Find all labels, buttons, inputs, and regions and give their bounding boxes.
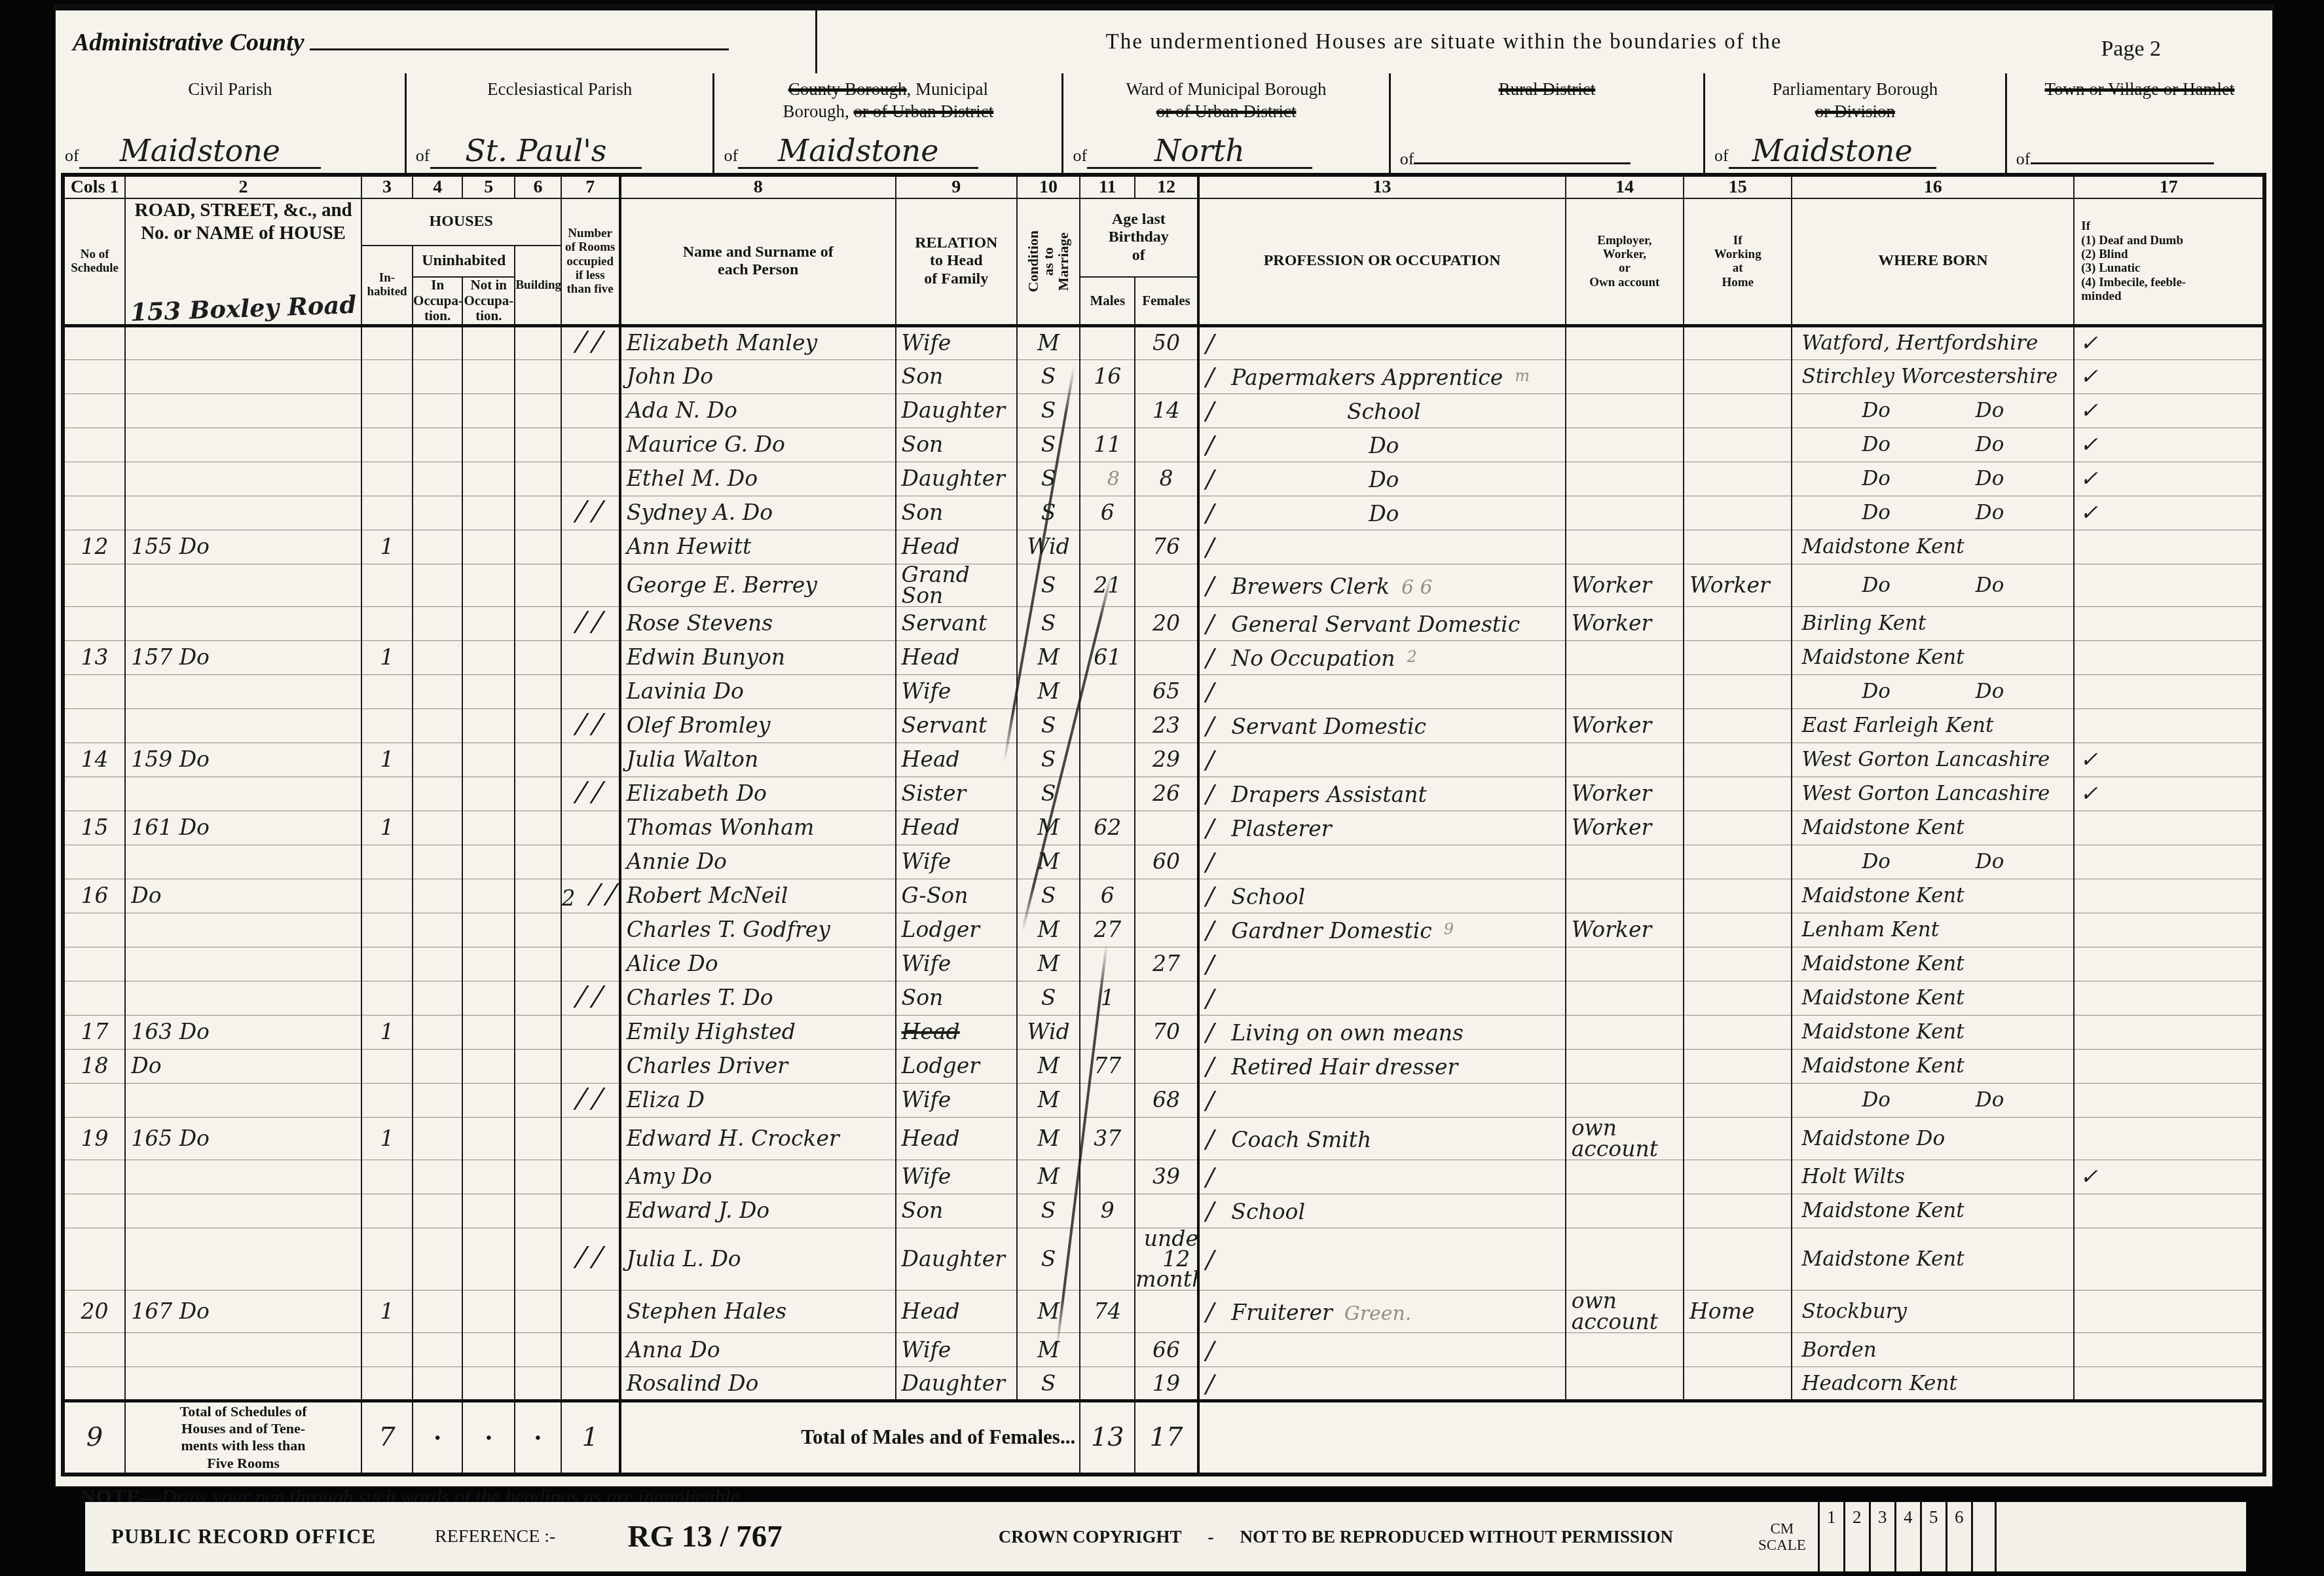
- column-number: 7: [561, 175, 620, 198]
- cell-relation: Head: [896, 1291, 1017, 1333]
- cell-working-at-home: [1684, 913, 1792, 947]
- tick-mark: /: [1206, 745, 1215, 774]
- cell-rooms: [561, 913, 620, 947]
- totals-inhabited: 7: [361, 1401, 413, 1475]
- cell-schedule: 14: [63, 742, 125, 777]
- cell-house: [125, 325, 361, 359]
- cell-not-in-occupation: [462, 1333, 515, 1367]
- cell-where-born: Maidstone Kent: [1792, 1015, 2074, 1049]
- district-box-title: Civil Parish: [56, 79, 405, 101]
- pencil-annotation: 6 6: [1401, 576, 1433, 599]
- cell-where-born: Do Do: [1792, 462, 2074, 496]
- pencil-annotation: Green.: [1344, 1302, 1412, 1325]
- cell-working-at-home: [1684, 325, 1792, 359]
- district-box-value: ofSt. Paul's: [416, 137, 704, 169]
- scale-tick: 5: [1920, 1502, 1946, 1571]
- district-box: Parliamentary Boroughor DivisionofMaidst…: [1703, 73, 2005, 173]
- cell-house: [125, 1083, 361, 1117]
- cell-in-occupation: [413, 1049, 462, 1083]
- cell-condition: S: [1017, 981, 1080, 1015]
- cell-relation: Wife: [896, 1083, 1017, 1117]
- col-head-not-in-occupation: Not in Occupa- tion.: [462, 277, 515, 325]
- cell-age-female: [1135, 1194, 1198, 1228]
- cell-where-born: Lenham Kent: [1792, 913, 2074, 947]
- cell-age-male: 21: [1080, 564, 1135, 606]
- cell-not-in-occupation: [462, 674, 515, 708]
- cell-where-born: Headcorn Kent: [1792, 1367, 2074, 1401]
- cell-in-occupation: [413, 845, 462, 879]
- cell-building: [515, 708, 561, 742]
- cell-working-at-home: [1684, 1160, 1792, 1194]
- col-head-infirmity: If (1) Deaf and Dumb (2) Blind (3) Lunat…: [2074, 198, 2264, 325]
- cell-person-name: Ann Hewitt: [620, 530, 896, 564]
- cell-age-female: [1135, 981, 1198, 1015]
- cell-condition: M: [1017, 947, 1080, 981]
- check-mark: ✓: [2080, 746, 2098, 772]
- cell-age-male: [1080, 325, 1135, 359]
- cell-employer: Worker: [1566, 708, 1684, 742]
- cell-schedule: [63, 394, 125, 428]
- cell-in-occupation: [413, 708, 462, 742]
- cell-schedule: [63, 496, 125, 530]
- cell-age-male: 37: [1080, 1117, 1135, 1160]
- cell-rooms: [561, 1117, 620, 1160]
- cell-relation: Head: [896, 1117, 1017, 1160]
- cell-working-at-home: [1684, 530, 1792, 564]
- cell-schedule: [63, 428, 125, 462]
- cell-in-occupation: [413, 1228, 462, 1291]
- cell-schedule: 16: [63, 879, 125, 913]
- cell-age-female: 19: [1135, 1367, 1198, 1401]
- title-segment: or Division: [1815, 101, 1895, 121]
- cell-person-name: Ada N. Do: [620, 394, 896, 428]
- cell-working-at-home: [1684, 674, 1792, 708]
- person-row: Elizabeth ManleyWifeM50/Watford, Hertfor…: [63, 325, 2264, 359]
- cell-person-name: Thomas Wonham: [620, 811, 896, 845]
- cell-infirmity: [2074, 1117, 2264, 1160]
- col-head-females: Females: [1135, 277, 1198, 325]
- cell-condition: S: [1017, 564, 1080, 606]
- col-head-males: Males: [1080, 277, 1135, 325]
- cell-infirmity: [2074, 913, 2264, 947]
- pro-office-label: PUBLIC RECORD OFFICE: [111, 1525, 376, 1549]
- tick-mark: /: [1206, 1017, 1215, 1046]
- cell-person-name: Stephen Hales: [620, 1291, 896, 1333]
- cell-employer: [1566, 1367, 1684, 1401]
- road-label: ROAD, STREET, &c., and No. or NAME of HO…: [134, 199, 352, 245]
- cell-person-name: Charles T. Godfrey: [620, 913, 896, 947]
- cell-rooms: [561, 1083, 620, 1117]
- cell-rooms: [561, 1015, 620, 1049]
- column-number: 8: [620, 175, 896, 198]
- cell-where-born: Do Do: [1792, 674, 2074, 708]
- cell-condition: M: [1017, 1083, 1080, 1117]
- handwritten-value: Maidstone: [778, 133, 938, 168]
- check-mark: ✓: [2080, 466, 2098, 491]
- cell-building: [515, 913, 561, 947]
- cell-working-at-home: [1684, 359, 1792, 394]
- cell-schedule: [63, 359, 125, 394]
- cell-in-occupation: [413, 325, 462, 359]
- cell-person-name: Emily Highsted: [620, 1015, 896, 1049]
- cell-schedule: [63, 606, 125, 640]
- cell-where-born: West Gorton Lancashire: [1792, 742, 2074, 777]
- person-row: Edward J. DoSonS9/SchoolMaidstone Kent: [63, 1194, 2264, 1228]
- cell-condition: M: [1017, 811, 1080, 845]
- col-head-home: If Working at Home: [1684, 198, 1792, 325]
- cell-relation: Wife: [896, 674, 1017, 708]
- census-table: Cols 1234567891011121314151617 No of Sch…: [61, 173, 2266, 1476]
- scale-tick: 2: [1843, 1502, 1869, 1571]
- title-segment: Ward of Municipal Borough: [1126, 79, 1327, 99]
- cell-schedule: 19: [63, 1117, 125, 1160]
- cell-inhabited: [361, 359, 413, 394]
- column-number: 16: [1792, 175, 2074, 198]
- cell-relation: Son: [896, 981, 1017, 1015]
- cell-working-at-home: [1684, 394, 1792, 428]
- cell-condition: S: [1017, 1194, 1080, 1228]
- cell-schedule: [63, 1083, 125, 1117]
- person-row: Annie DoWifeM60/Do Do: [63, 845, 2264, 879]
- cell-age-male: [1080, 708, 1135, 742]
- cell-not-in-occupation: [462, 564, 515, 606]
- cell-where-born: Do Do: [1792, 845, 2074, 879]
- cell-rooms: [561, 981, 620, 1015]
- cell-condition: M: [1017, 845, 1080, 879]
- column-number: 9: [896, 175, 1017, 198]
- cell-where-born: West Gorton Lancashire: [1792, 777, 2074, 811]
- cell-occupation: /School: [1198, 394, 1566, 428]
- district-box-title: County Borough, MunicipalBorough, or of …: [714, 79, 1061, 123]
- cell-schedule: [63, 777, 125, 811]
- cell-age-male: [1080, 394, 1135, 428]
- cell-working-at-home: [1684, 462, 1792, 496]
- cell-not-in-occupation: [462, 708, 515, 742]
- handwritten-value: Maidstone: [1752, 133, 1912, 168]
- pro-reference-number: RG 13 / 767: [627, 1519, 782, 1554]
- cell-house: [125, 1194, 361, 1228]
- cell-not-in-occupation: [462, 981, 515, 1015]
- cell-occupation: /: [1198, 1333, 1566, 1367]
- tick-mark: /: [1206, 1196, 1215, 1225]
- cell-in-occupation: [413, 674, 462, 708]
- tally-mark: [587, 883, 619, 906]
- page-number: Page 2: [2101, 37, 2161, 62]
- title-line: Parliamentary Borough: [1705, 79, 2005, 101]
- cell-employer: [1566, 1333, 1684, 1367]
- cell-age-male: 74: [1080, 1291, 1135, 1333]
- person-row: 13157 Do1Edwin BunyonHeadM61/No Occupati…: [63, 640, 2264, 674]
- tick-mark: /: [1206, 609, 1215, 638]
- scanned-census-page: Administrative County The undermentioned…: [0, 0, 2324, 1576]
- district-box-value: ofMaidstone: [65, 137, 396, 169]
- column-number: 5: [462, 175, 515, 198]
- cell-in-occupation: [413, 394, 462, 428]
- check-mark: ✓: [2080, 397, 2098, 423]
- cell-building: [515, 1049, 561, 1083]
- cell-age-female: [1135, 1049, 1198, 1083]
- tally-mark: [573, 611, 605, 633]
- cell-employer: [1566, 1049, 1684, 1083]
- cell-condition: S: [1017, 742, 1080, 777]
- cell-inhabited: [361, 394, 413, 428]
- cell-person-name: Ethel M. Do: [620, 462, 896, 496]
- cell-age-male: [1080, 1083, 1135, 1117]
- totals-rooms: 1: [561, 1401, 620, 1475]
- cell-working-at-home: Home: [1684, 1291, 1792, 1333]
- cell-person-name: Edwin Bunyon: [620, 640, 896, 674]
- cell-house: [125, 981, 361, 1015]
- cell-occupation: /Gardner Domestic9: [1198, 913, 1566, 947]
- cell-working-at-home: [1684, 1015, 1792, 1049]
- cell-house: [125, 1228, 361, 1291]
- cell-rooms: [561, 708, 620, 742]
- cell-infirmity: [2074, 811, 2264, 845]
- cell-age-female: 60: [1135, 845, 1198, 879]
- district-box-value: ofNorth: [1073, 137, 1379, 169]
- check-mark: ✓: [2080, 363, 2098, 389]
- cell-age-female: 23: [1135, 708, 1198, 742]
- cell-relation: Daughter: [896, 1367, 1017, 1401]
- cell-not-in-occupation: [462, 640, 515, 674]
- district-box-title: Parliamentary Boroughor Division: [1705, 79, 2005, 123]
- cell-age-female: [1135, 1291, 1198, 1333]
- cell-not-in-occupation: [462, 1194, 515, 1228]
- cell-infirmity: [2074, 947, 2264, 981]
- cell-working-at-home: [1684, 1228, 1792, 1291]
- cell-age-male: 16: [1080, 359, 1135, 394]
- check-mark: ✓: [2080, 330, 2098, 356]
- cell-person-name: Edward J. Do: [620, 1194, 896, 1228]
- cell-occupation: /Plasterer: [1198, 811, 1566, 845]
- cell-rooms: [561, 742, 620, 777]
- cell-occupation: /Papermakers Apprenticem: [1198, 359, 1566, 394]
- cell-where-born: East Farleigh Kent: [1792, 708, 2074, 742]
- check-mark: ✓: [2080, 500, 2098, 525]
- cell-not-in-occupation: [462, 359, 515, 394]
- cell-condition: S: [1017, 606, 1080, 640]
- cell-person-name: Rose Stevens: [620, 606, 896, 640]
- cell-employer: Worker: [1566, 913, 1684, 947]
- cell-in-occupation: [413, 1083, 462, 1117]
- cell-schedule: [63, 913, 125, 947]
- cell-in-occupation: [413, 811, 462, 845]
- cell-age-female: 65: [1135, 674, 1198, 708]
- col-head-born: WHERE BORN: [1792, 198, 2074, 325]
- cell-not-in-occupation: [462, 845, 515, 879]
- cell-infirmity: [2074, 879, 2264, 913]
- cell-age-male: 1: [1080, 981, 1135, 1015]
- cell-occupation: /: [1198, 742, 1566, 777]
- cell-age-female: 50: [1135, 325, 1198, 359]
- cell-condition: Wid: [1017, 530, 1080, 564]
- district-box-title: Ward of Municipal Boroughor of Urban Dis…: [1063, 79, 1388, 123]
- cell-not-in-occupation: [462, 1160, 515, 1194]
- cell-infirmity: ✓: [2074, 462, 2264, 496]
- cell-person-name: Olef Bromley: [620, 708, 896, 742]
- cell-building: [515, 359, 561, 394]
- cm-scale-label: CM SCALE: [1758, 1520, 1806, 1554]
- cell-schedule: [63, 1367, 125, 1401]
- of-word: of: [65, 146, 79, 165]
- cell-schedule: 15: [63, 811, 125, 845]
- cell-employer: [1566, 1083, 1684, 1117]
- cell-employer: Worker: [1566, 777, 1684, 811]
- cell-inhabited: [361, 879, 413, 913]
- cell-condition: S: [1017, 879, 1080, 913]
- cell-relation: Daughter: [896, 1228, 1017, 1291]
- cell-not-in-occupation: [462, 428, 515, 462]
- cell-not-in-occupation: [462, 606, 515, 640]
- cell-where-born: Stockbury: [1792, 1291, 2074, 1333]
- cell-rooms: 2: [561, 879, 620, 913]
- column-numbers-row: Cols 1234567891011121314151617: [63, 175, 2264, 198]
- col-head-building: Building.: [515, 246, 561, 325]
- cell-occupation: /: [1198, 1160, 1566, 1194]
- cell-relation: Wife: [896, 1333, 1017, 1367]
- cell-person-name: Eliza D: [620, 1083, 896, 1117]
- cell-in-occupation: [413, 564, 462, 606]
- person-row: George E. BerreyGrand SonS21/Brewers Cle…: [63, 564, 2264, 606]
- cell-not-in-occupation: [462, 811, 515, 845]
- title-line: Rural District: [1391, 79, 1703, 101]
- cell-infirmity: ✓: [2074, 1160, 2264, 1194]
- cell-rooms: [561, 1367, 620, 1401]
- cell-employer: [1566, 496, 1684, 530]
- district-box-title: Ecclesiastical Parish: [407, 79, 713, 101]
- cell-house: [125, 496, 361, 530]
- tick-mark: /: [1206, 983, 1215, 1012]
- cell-where-born: Maidstone Kent: [1792, 1228, 2074, 1291]
- cell-relation: Son: [896, 359, 1017, 394]
- tick-mark: /: [1206, 847, 1215, 876]
- cell-building: [515, 674, 561, 708]
- cell-age-male: [1080, 1228, 1135, 1291]
- district-box-title: Town or Village or Hamlet: [2007, 79, 2272, 101]
- cell-where-born: Do Do: [1792, 394, 2074, 428]
- cell-not-in-occupation: [462, 1083, 515, 1117]
- tick-mark: /: [1206, 643, 1215, 672]
- cell-employer: [1566, 742, 1684, 777]
- cell-inhabited: [361, 1194, 413, 1228]
- col-head-condition: Condition as to Marriage: [1017, 198, 1080, 325]
- cell-occupation: /: [1198, 1083, 1566, 1117]
- cell-working-at-home: [1684, 981, 1792, 1015]
- district-box-value: ofMaidstone: [724, 137, 1052, 169]
- cell-not-in-occupation: [462, 1367, 515, 1401]
- cell-infirmity: [2074, 640, 2264, 674]
- situate-statement: The undermentioned Houses are situate wi…: [881, 30, 2007, 54]
- cell-building: [515, 564, 561, 606]
- tick-mark: /: [1206, 498, 1215, 527]
- cell-person-name: Julia Walton: [620, 742, 896, 777]
- district-box: Ecclesiastical ParishofSt. Paul's: [405, 73, 713, 173]
- cell-inhabited: [361, 1160, 413, 1194]
- tick-mark: /: [1206, 1297, 1215, 1326]
- scale-tick: 4: [1894, 1502, 1920, 1571]
- cell-age-female: [1135, 811, 1198, 845]
- cell-building: [515, 811, 561, 845]
- cell-inhabited: 1: [361, 811, 413, 845]
- cell-occupation: /Retired Hair dresser: [1198, 1049, 1566, 1083]
- cell-inhabited: 1: [361, 530, 413, 564]
- title-line: or Division: [1705, 101, 2005, 123]
- cell-building: [515, 462, 561, 496]
- cell-employer: [1566, 640, 1684, 674]
- cell-infirmity: ✓: [2074, 428, 2264, 462]
- of-word: of: [1073, 146, 1087, 165]
- person-row: 18DoCharles DriverLodgerM77/Retired Hair…: [63, 1049, 2264, 1083]
- cell-schedule: [63, 1228, 125, 1291]
- cell-building: [515, 947, 561, 981]
- cell-condition: S: [1017, 359, 1080, 394]
- cell-relation: Son: [896, 428, 1017, 462]
- divider: [815, 10, 817, 73]
- cell-infirmity: [2074, 1194, 2264, 1228]
- cell-rooms: [561, 530, 620, 564]
- cell-age-male: [1080, 947, 1135, 981]
- cell-working-at-home: [1684, 947, 1792, 981]
- cell-age-male: 27: [1080, 913, 1135, 947]
- cell-building: [515, 1194, 561, 1228]
- cell-employer: Worker: [1566, 811, 1684, 845]
- cell-condition: S: [1017, 708, 1080, 742]
- title-segment: or of Urban District: [1156, 101, 1297, 121]
- cell-relation: Son: [896, 1194, 1017, 1228]
- cell-relation: Head: [896, 811, 1017, 845]
- cell-condition: M: [1017, 1291, 1080, 1333]
- cell-rooms: [561, 1333, 620, 1367]
- blank-rule: [310, 26, 729, 50]
- cell-employer: [1566, 879, 1684, 913]
- cell-not-in-occupation: [462, 1228, 515, 1291]
- cell-age-male: 6: [1080, 879, 1135, 913]
- cell-employer: [1566, 530, 1684, 564]
- person-row: Ethel M. DoDaughterS88/DoDo Do✓: [63, 462, 2264, 496]
- of-word: of: [1400, 149, 1414, 168]
- col-head-employer: Employer, Worker, or Own account: [1566, 198, 1684, 325]
- cell-age-male: [1080, 530, 1135, 564]
- cell-age-female: 76: [1135, 530, 1198, 564]
- person-row: John DoSonS16/Papermakers ApprenticemSti…: [63, 359, 2264, 394]
- tick-mark: /: [1206, 711, 1215, 740]
- tally-mark: [573, 1246, 605, 1268]
- cell-building: [515, 640, 561, 674]
- cell-rooms: [561, 674, 620, 708]
- cell-schedule: [63, 1194, 125, 1228]
- cell-house: 157 Do: [125, 640, 361, 674]
- cell-age-female: 14: [1135, 394, 1198, 428]
- district-box: Ward of Municipal Boroughor of Urban Dis…: [1061, 73, 1388, 173]
- person-row: Charles T. DoSonS1/Maidstone Kent: [63, 981, 2264, 1015]
- column-number: 17: [2074, 175, 2264, 198]
- of-word: of: [2016, 149, 2031, 168]
- cell-occupation: /Do: [1198, 462, 1566, 496]
- tick-mark: /: [1206, 1086, 1215, 1114]
- cell-in-occupation: [413, 1333, 462, 1367]
- cell-not-in-occupation: [462, 496, 515, 530]
- cell-where-born: Maidstone Kent: [1792, 811, 2074, 845]
- cell-infirmity: [2074, 1367, 2264, 1401]
- cell-age-male: [1080, 845, 1135, 879]
- cell-inhabited: [361, 564, 413, 606]
- cell-house: [125, 564, 361, 606]
- totals-building: ·: [515, 1401, 561, 1475]
- person-row: 17163 Do1Emily HighstedHeadWid70/Living …: [63, 1015, 2264, 1049]
- cell-condition: S: [1017, 428, 1080, 462]
- cell-schedule: 12: [63, 530, 125, 564]
- cell-house: [125, 428, 361, 462]
